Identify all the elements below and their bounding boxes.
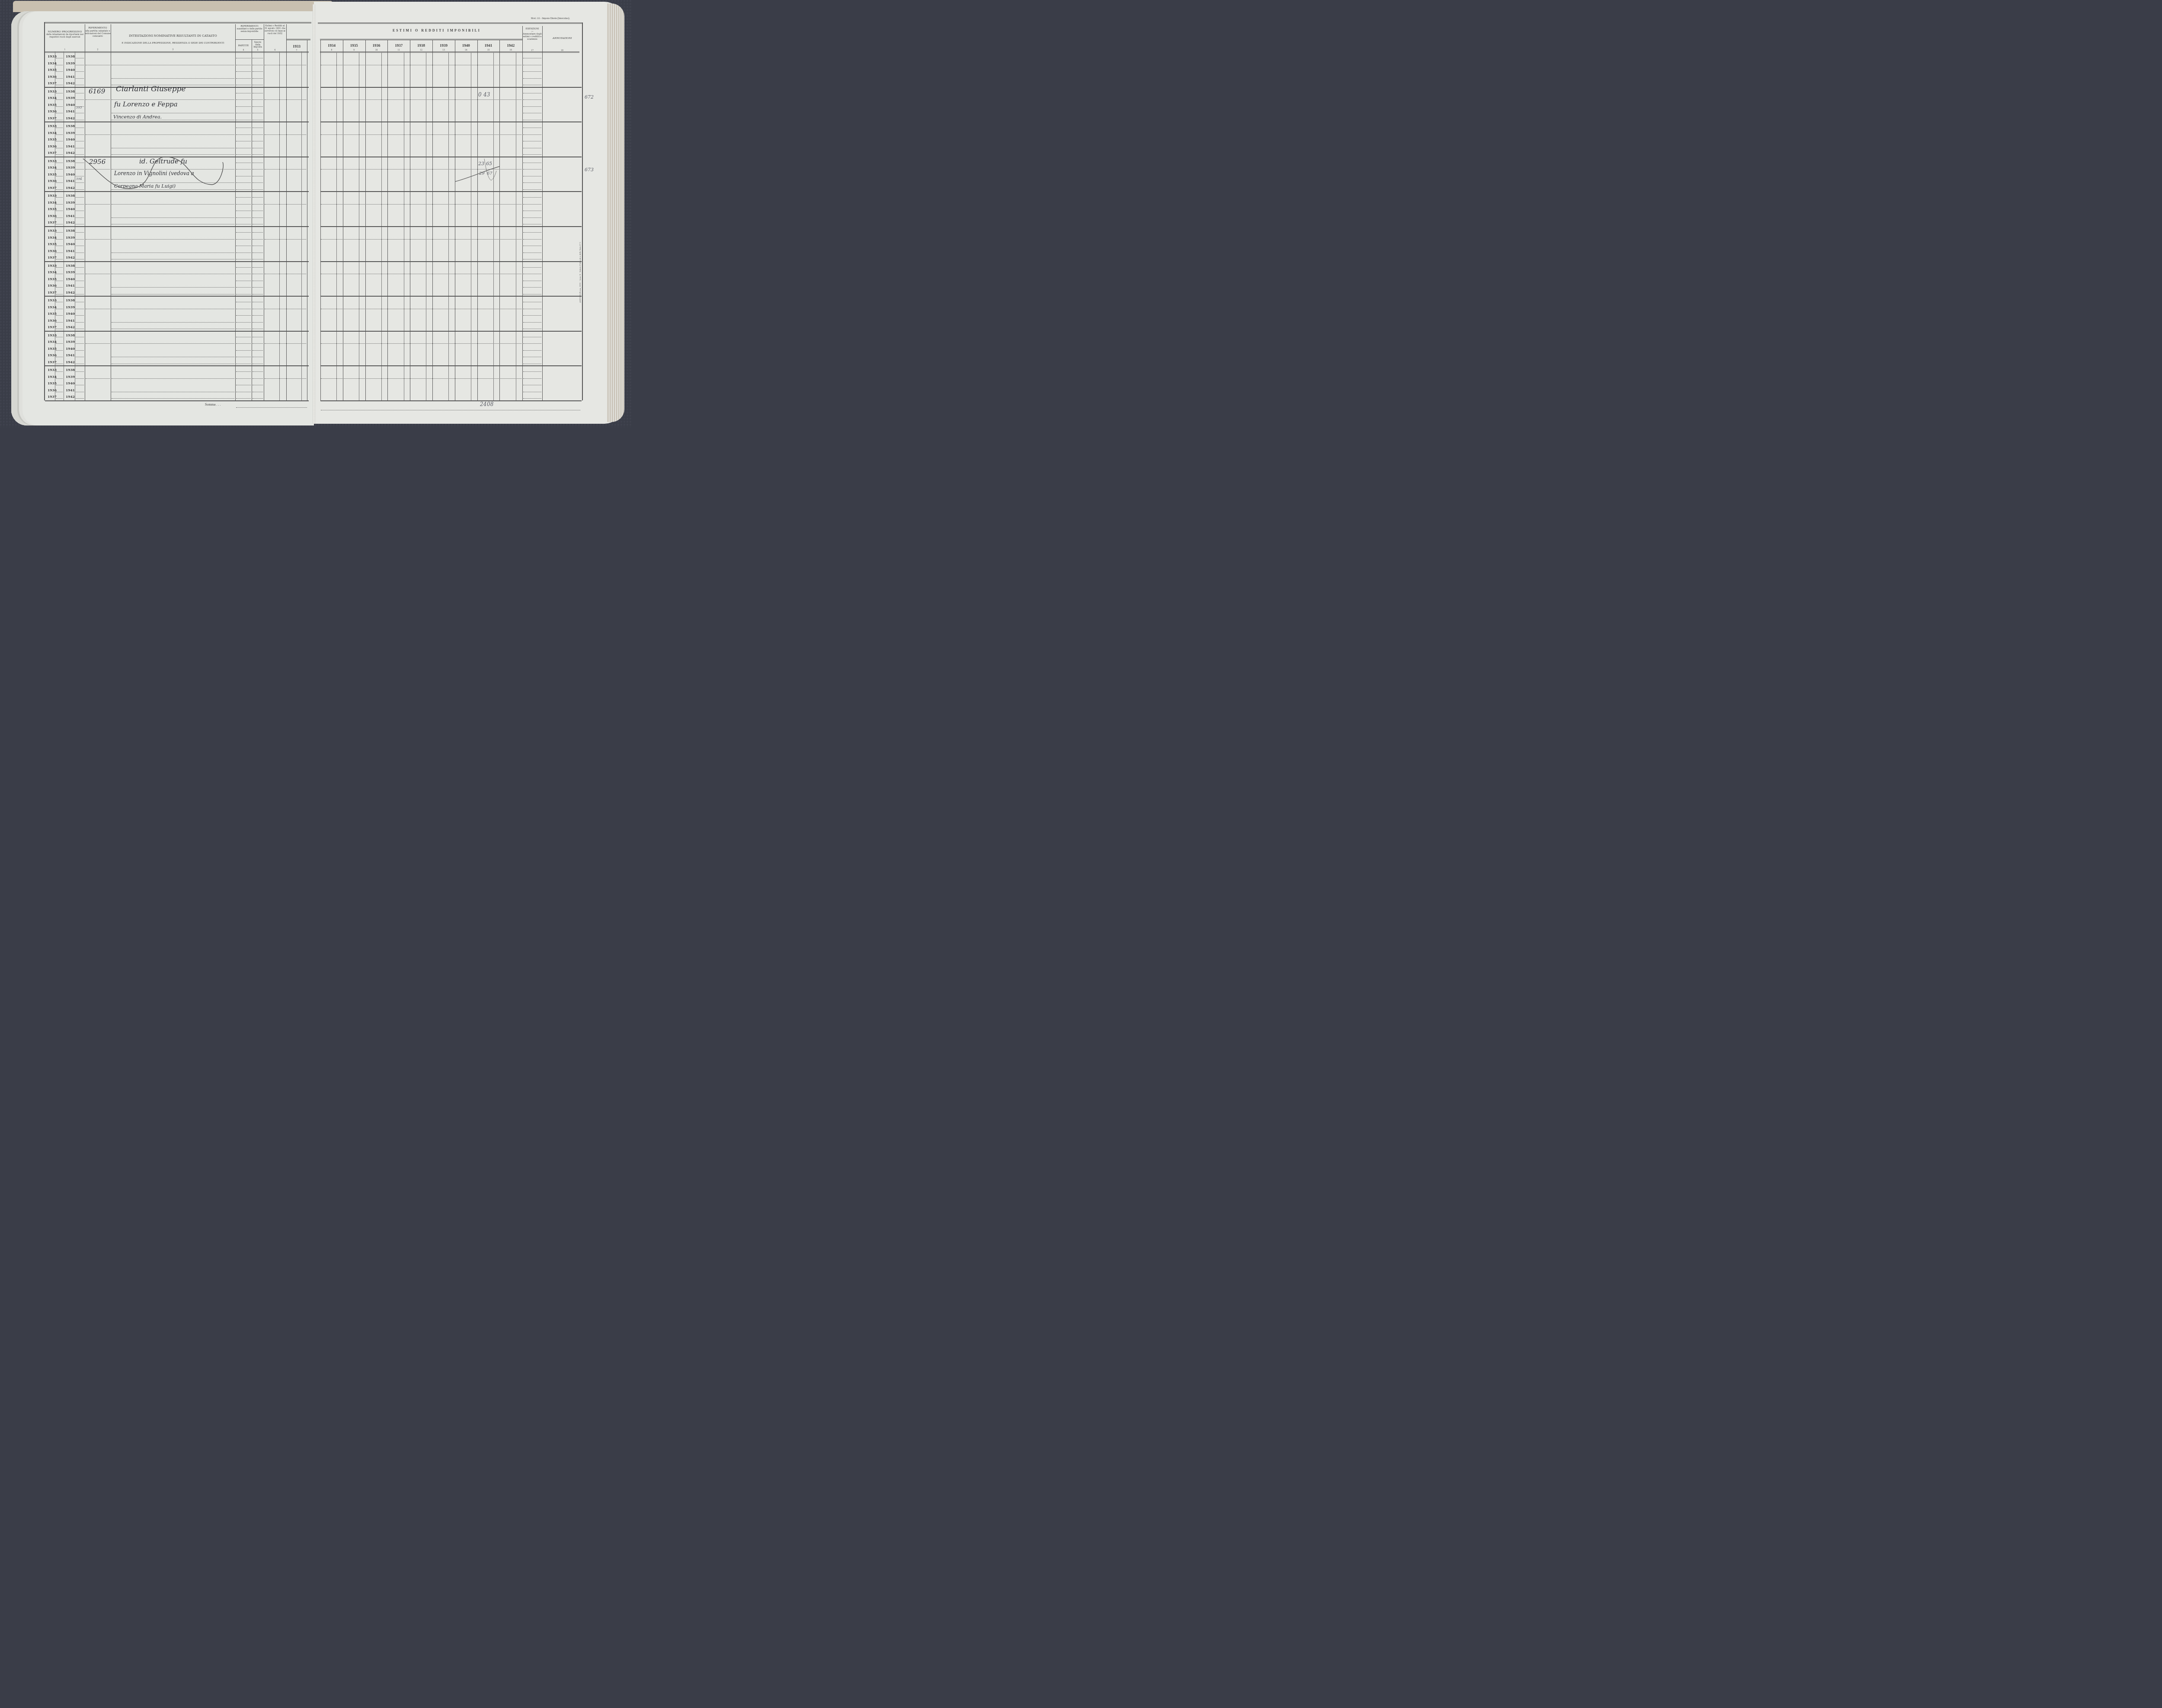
row-year-left: 1933: [48, 159, 57, 163]
row-year-right: 1941: [66, 75, 75, 79]
row-year-right: 1940: [66, 207, 75, 211]
row-year-left: 1936: [48, 249, 57, 253]
row-year-right: 1939: [66, 96, 75, 100]
row-year-right: 1941: [66, 179, 75, 183]
row-year-right: 1938: [66, 298, 75, 302]
somma-1941-lire: 24: [480, 401, 486, 407]
row-year-right: 1939: [66, 201, 75, 205]
cancellation-stroke-left: [82, 154, 229, 192]
row-year-right: 1938: [66, 368, 75, 372]
row-year-left: 1933: [48, 229, 57, 233]
row-year-left: 1936: [48, 284, 57, 288]
row-year-left: 1933: [48, 90, 57, 93]
row-year-right: 1942: [66, 325, 75, 329]
row-year-left: 1937: [48, 186, 57, 190]
row-year-left: 1934: [48, 305, 57, 309]
year-header: 1938: [410, 43, 432, 48]
row-year-right: 1942: [66, 151, 75, 155]
row-year-right: 1938: [66, 54, 75, 58]
row-year-left: 1934: [48, 166, 57, 170]
row-year-left: 1935: [48, 207, 57, 211]
row-year-right: 1940: [66, 347, 75, 351]
row-year-right: 1940: [66, 312, 75, 316]
year-header: 1936: [365, 43, 388, 48]
row-year-right: 1942: [66, 256, 75, 259]
row-year-right: 1940: [66, 242, 75, 246]
year-header: 1934: [320, 43, 343, 48]
year-header: 1941: [477, 43, 500, 48]
row-year-left: 1936: [48, 388, 57, 392]
entry-1-1941-lire: 0: [478, 92, 482, 98]
row-year-left: 1937: [48, 81, 57, 85]
somma-label: Somma . . .: [205, 403, 221, 406]
book-spine-binding: [13, 1, 333, 12]
row-year-right: 1939: [66, 236, 75, 240]
row-year-right: 1941: [66, 144, 75, 148]
row-year-left: 1936: [48, 109, 57, 113]
section-title: ESTIMI O REDDITI IMPONIBILI: [346, 29, 528, 32]
row-year-left: 1935: [48, 68, 57, 72]
somma-1941-cent: 08: [487, 401, 493, 407]
year-header: 1940: [455, 43, 477, 48]
row-year-right: 1940: [66, 68, 75, 72]
row-year-right: 1938: [66, 194, 75, 198]
row-year-left: 1933: [48, 194, 57, 198]
entry-1-partita: 6169: [89, 87, 105, 95]
row-year-left: 1937: [48, 221, 57, 224]
row-year-left: 1937: [48, 256, 57, 259]
row-year-left: 1935: [48, 173, 57, 176]
row-year-right: 1939: [66, 131, 75, 135]
row-year-right: 1941: [66, 214, 75, 218]
row-year-left: 1934: [48, 61, 57, 65]
row-year-right: 1938: [66, 90, 75, 93]
row-year-right: 1942: [66, 360, 75, 364]
header-estimi-1932: Estimi o Redditi al 31 agosto 1931 che s…: [264, 25, 286, 35]
header-riferimento: RIFERIMENTO alla partita catastale e ind…: [85, 27, 111, 38]
cancellation-stroke-right: [454, 158, 502, 184]
form-title: Mod. 111 - Imposte Dirette (Intercalare)…: [531, 17, 570, 20]
row-year-right: 1939: [66, 340, 75, 344]
row-year-left: 1937: [48, 151, 57, 155]
row-year-right: 1939: [66, 270, 75, 274]
year-header: 1937: [387, 43, 410, 48]
row-year-left: 1937: [48, 291, 57, 294]
row-year-left: 1933: [48, 333, 57, 337]
header-specie-imposta: Specie della Imposta: [252, 42, 264, 49]
year-header: 1935: [343, 43, 365, 48]
row-year-left: 1936: [48, 144, 57, 148]
row-year-left: 1934: [48, 201, 57, 205]
row-year-left: 1934: [48, 375, 57, 379]
row-year-left: 1933: [48, 124, 57, 128]
row-year-right: 1941: [66, 388, 75, 392]
entry-1-name-line3: Vincenzo di Andrea.: [113, 114, 162, 120]
row-year-right: 1938: [66, 124, 75, 128]
entry-1-name-line2: fu Lorenzo e Feppa: [114, 100, 178, 108]
row-year-left: 1936: [48, 353, 57, 357]
row-year-left: 1933: [48, 298, 57, 302]
row-year-right: 1940: [66, 381, 75, 385]
header-annotazioni: ANNOTAZIONI: [542, 36, 582, 40]
entry-3-annotation: 673: [585, 167, 594, 173]
row-year-right: 1938: [66, 264, 75, 268]
row-year-right: 1939: [66, 375, 75, 379]
entry-3-ref-1941: 594: [76, 177, 82, 181]
entry-1-name-line1: Ciarlanti Giuseppe: [116, 85, 185, 93]
row-year-right: 1942: [66, 221, 75, 224]
row-year-left: 1935: [48, 277, 57, 281]
row-year-right: 1941: [66, 319, 75, 323]
row-year-left: 1937: [48, 360, 57, 364]
row-year-left: 1933: [48, 264, 57, 268]
row-year-right: 1942: [66, 395, 75, 399]
row-year-right: 1941: [66, 353, 75, 357]
year-header: 1939: [432, 43, 455, 48]
page-edges: [607, 3, 624, 422]
row-year-right: 1938: [66, 229, 75, 233]
row-year-right: 1940: [66, 103, 75, 107]
header-esenzioni: ESENZIONI — Ammontare degli estimi o red…: [522, 28, 542, 41]
row-year-right: 1938: [66, 159, 75, 163]
row-year-left: 1933: [48, 54, 57, 58]
row-year-right: 1942: [66, 81, 75, 85]
row-year-right: 1939: [66, 305, 75, 309]
row-year-left: 1935: [48, 103, 57, 107]
row-year-left: 1934: [48, 236, 57, 240]
row-year-left: 1936: [48, 319, 57, 323]
row-year-left: 1935: [48, 138, 57, 141]
row-year-right: 1940: [66, 173, 75, 176]
row-year-left: 1936: [48, 75, 57, 79]
row-year-right: 1939: [66, 166, 75, 170]
printer-imprint: (4103531) Roma, 1931 - Anno X - Istituto…: [579, 242, 582, 303]
row-year-right: 1942: [66, 116, 75, 120]
row-year-right: 1940: [66, 138, 75, 141]
header-intestazioni: INTESTAZIONI NOMINATIVE RISULTANTI IN CA…: [111, 35, 235, 45]
row-year-left: 1937: [48, 395, 57, 399]
row-year-right: 1941: [66, 249, 75, 253]
header-partite: PARTITE: [235, 45, 252, 48]
row-year-left: 1936: [48, 179, 57, 183]
year-header: 1942: [499, 43, 522, 48]
header-year-1933: 1933: [286, 44, 307, 48]
entry-1-annotation: 672: [585, 94, 594, 100]
row-year-left: 1934: [48, 270, 57, 274]
row-year-left: 1935: [48, 381, 57, 385]
entry-1-ref-1941: 593: [76, 106, 82, 109]
row-year-left: 1937: [48, 116, 57, 120]
book-gutter: [313, 4, 315, 424]
row-year-right: 1938: [66, 333, 75, 337]
row-year-right: 1940: [66, 277, 75, 281]
row-year-left: 1937: [48, 325, 57, 329]
header-riferimenti-sussidiari: RIFERIMENTI sussidiari e delle partite s…: [235, 25, 264, 33]
row-year-left: 1936: [48, 214, 57, 218]
row-year-left: 1935: [48, 242, 57, 246]
header-numero-progressivo: NUMERO PROGRESSIVO delle intestazioni da…: [45, 30, 85, 38]
entry-1-1941-cent: 43: [483, 92, 490, 98]
row-year-left: 1935: [48, 347, 57, 351]
row-year-right: 1942: [66, 186, 75, 190]
row-year-left: 1934: [48, 131, 57, 135]
row-year-right: 1942: [66, 291, 75, 294]
row-year-right: 1941: [66, 284, 75, 288]
row-year-right: 1941: [66, 109, 75, 113]
row-year-right: 1939: [66, 61, 75, 65]
row-year-left: 1935: [48, 312, 57, 316]
row-year-left: 1933: [48, 368, 57, 372]
row-year-left: 1934: [48, 96, 57, 100]
row-year-left: 1934: [48, 340, 57, 344]
